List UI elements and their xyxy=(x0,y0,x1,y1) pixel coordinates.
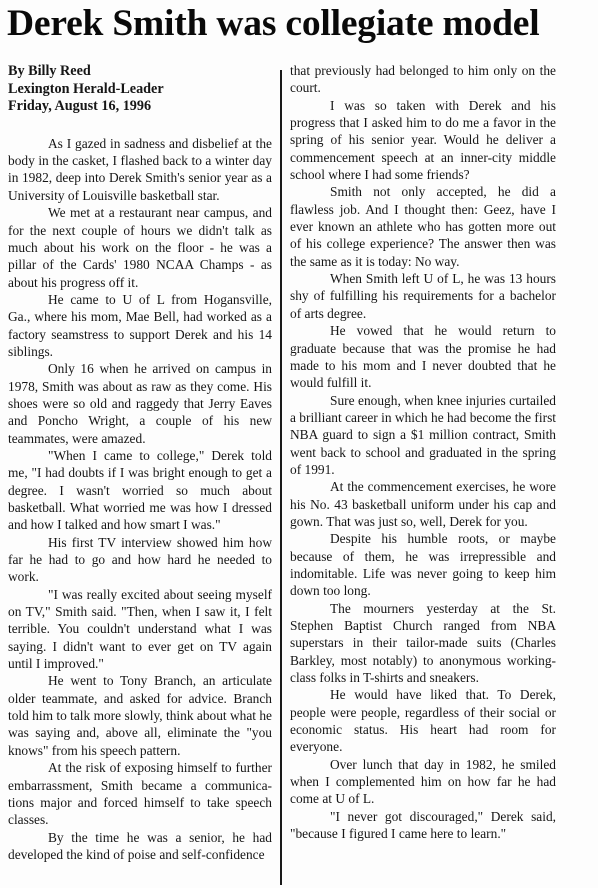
paragraph: "I never got discouraged," Derek said, "… xyxy=(290,808,556,843)
paragraph: Smith not only accepted, he did a flawle… xyxy=(290,183,556,270)
paragraph: Over lunch that day in 1982, he smiled w… xyxy=(290,756,556,808)
paragraph: When Smith left U of L, he was 13 hours … xyxy=(290,270,556,322)
column-divider xyxy=(280,70,282,885)
headline: Derek Smith was collegiate model xyxy=(7,2,597,46)
left-column: By Billy Reed Lexington Herald-Leader Fr… xyxy=(8,62,272,863)
byline-date: Friday, August 16, 1996 xyxy=(8,98,272,116)
paragraph: "I was really excited about seeing mysel… xyxy=(8,586,272,673)
paragraph: Only 16 when he arrived on campus in 197… xyxy=(8,360,272,447)
paragraph: The mourners yesterday at the St. Stephe… xyxy=(290,600,556,687)
right-column: that previously had belonged to him only… xyxy=(290,62,556,842)
paragraph: Despite his humble roots, or maybe becau… xyxy=(290,530,556,599)
paragraph: We met at a restaurant near campus, and … xyxy=(8,204,272,291)
paragraph: He vowed that he would return to graduat… xyxy=(290,322,556,391)
newspaper-page: Derek Smith was collegiate model By Bill… xyxy=(0,0,598,888)
paragraph: As I gazed in sadness and disbelief at t… xyxy=(8,135,272,204)
paragraph-continuation: that previously had belonged to him only… xyxy=(290,62,556,97)
paragraph: He would have liked that. To Derek, peop… xyxy=(290,686,556,755)
paragraph: I was so taken with Derek and his progre… xyxy=(290,97,556,184)
paragraph: At the risk of exposing himself to furth… xyxy=(8,759,272,828)
paragraph: By the time he was a senior, he had deve… xyxy=(8,829,272,864)
paragraph: His first TV interview showed him how fa… xyxy=(8,534,272,586)
byline-publication: Lexington Herald-Leader xyxy=(8,81,272,99)
paragraph: He came to U of L from Hogansville, Ga.,… xyxy=(8,291,272,360)
paragraph: He went to Tony Branch, an articulate ol… xyxy=(8,672,272,759)
byline-block: By Billy Reed Lexington Herald-Leader Fr… xyxy=(8,63,272,116)
paragraph: At the commencement exercises, he wore h… xyxy=(290,478,556,530)
paragraph: "When I came to college," Derek told me,… xyxy=(8,447,272,534)
byline-author: By Billy Reed xyxy=(8,63,272,81)
paragraph: Sure enough, when knee injuries curtaile… xyxy=(290,392,556,479)
